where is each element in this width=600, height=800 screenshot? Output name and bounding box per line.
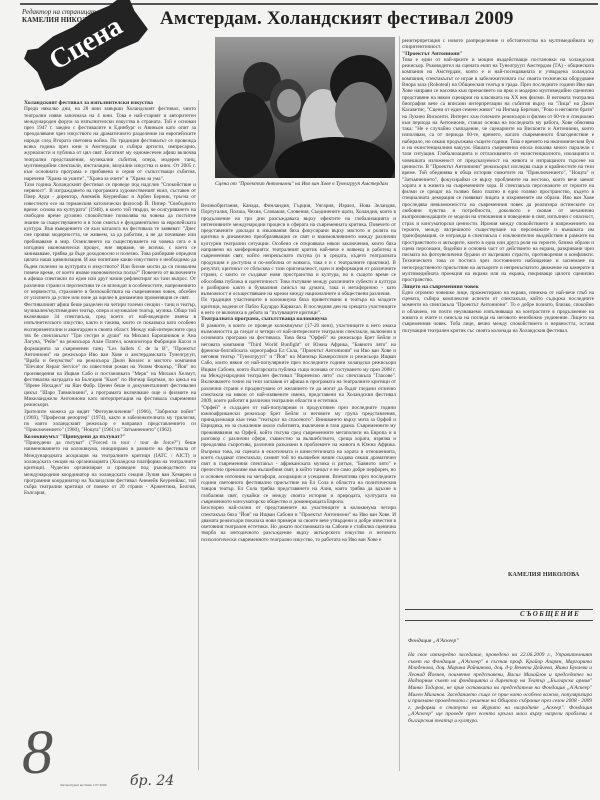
top-rule bbox=[20, 3, 598, 5]
article-column-3: реинтерпретация с новото разпределение и… bbox=[402, 38, 594, 538]
notice-organization: Фондация „А'Аскеер" bbox=[408, 638, 459, 644]
column-divider bbox=[198, 100, 199, 770]
newspaper-page: Редактор на страницата КАМЕЛИЯ НИКОЛОВА … bbox=[0, 0, 600, 800]
photo-caption: Сцена от "Проектът Антониони" на Иво ван… bbox=[215, 181, 395, 188]
paragraph: "Орфей" е създаден от най-популярния и п… bbox=[201, 405, 396, 506]
notice-title: СЪОБЩЕНИЕ bbox=[520, 610, 580, 618]
paragraph: "Принудени да пътуват" ("Forced to tour … bbox=[24, 440, 196, 497]
notice-body: На свое извънредно заседание, проведено … bbox=[408, 652, 592, 725]
article-photo bbox=[215, 37, 395, 178]
column-divider bbox=[399, 36, 400, 771]
paragraph: Това е един от най-ярките и мощно въздей… bbox=[402, 57, 594, 284]
article-column-1: Холандският фестивал за изпълнителски из… bbox=[24, 100, 196, 700]
paragraph: Фестивалният афиш беше разделен на четир… bbox=[24, 302, 196, 409]
editor-label: Редактор на страницата bbox=[22, 8, 100, 16]
paragraph: В рамките, в които се проведе колоквиумъ… bbox=[201, 323, 396, 405]
paragraph: Безспорно най-силни от представените на … bbox=[201, 505, 396, 543]
page-number: 8 bbox=[22, 722, 53, 784]
handwritten-issue-note: бр. 24 bbox=[130, 773, 174, 789]
paragraph: Тази година Холандският фестивал се пров… bbox=[24, 182, 196, 302]
paragraph: Зрителите можеха да видят "Фотоувеличени… bbox=[24, 409, 196, 434]
paragraph: реинтерпретация с новото разпределение и… bbox=[402, 38, 594, 51]
article-column-2: Великобритания, Канада, Финландия, Гърци… bbox=[201, 203, 396, 771]
paragraph: Едно огромно човешко лице, прожектирано … bbox=[402, 290, 594, 334]
notice-rule bbox=[405, 620, 593, 621]
paragraph: По традиция участниците в колоквиума бях… bbox=[201, 297, 396, 316]
paragraph: Великобритания, Канада, Финландия, Гърци… bbox=[201, 203, 396, 297]
article-headline: Амстердам. Холандският фестивал 2009 bbox=[160, 8, 514, 30]
paragraph: Преди няколко дни, на 28 юни завърши Хол… bbox=[24, 106, 196, 182]
footer-source: Литературен вестник 1.07.2009 bbox=[60, 783, 107, 787]
author-signature: КАМЕЛИЯ НИКОЛОВА bbox=[508, 572, 579, 578]
